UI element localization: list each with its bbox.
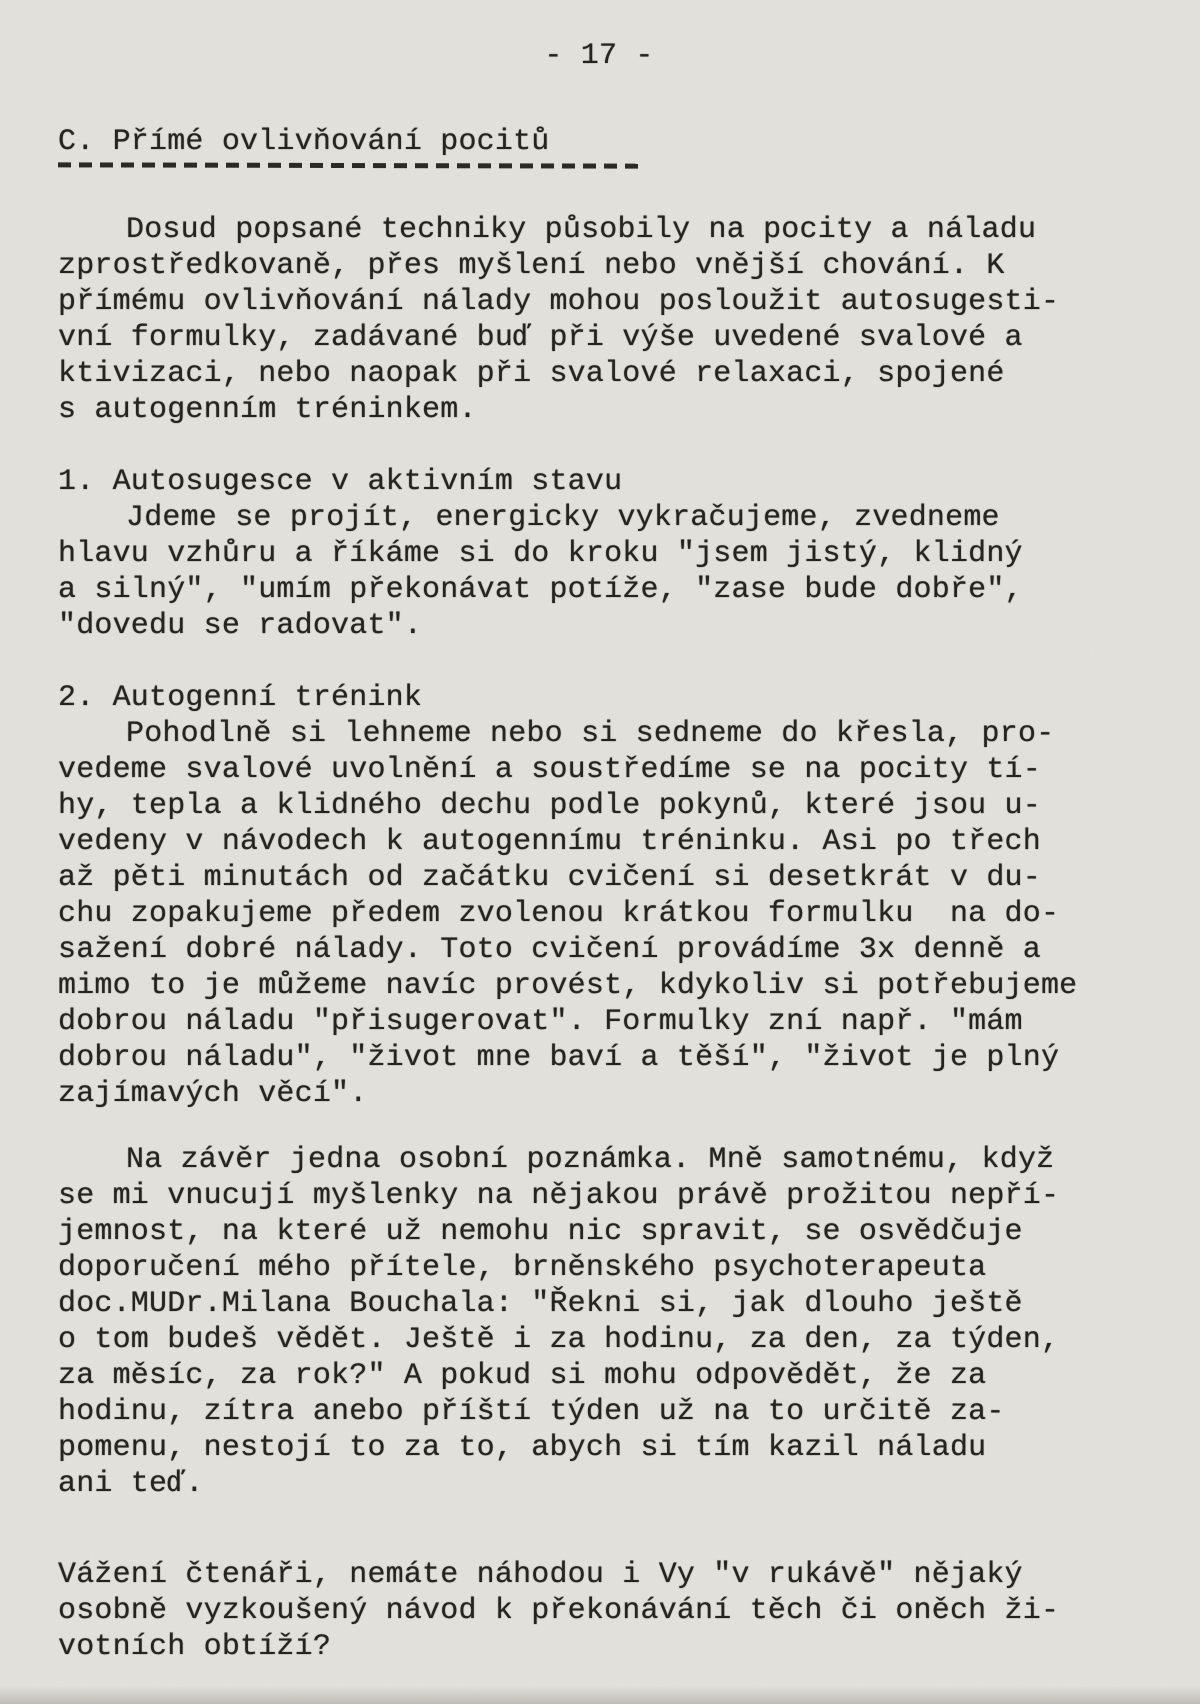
paragraph-section-2: Pohodlně si lehneme nebo si sedneme do k… bbox=[58, 716, 1140, 1112]
text-line: zajímavých věcí". bbox=[58, 1076, 1140, 1112]
typewritten-content: - 17 - C. Přímé ovlivňování pocitů Dosud… bbox=[0, 0, 1200, 1665]
text-line: chu zopakujeme předem zvolenou krátkou f… bbox=[58, 896, 1140, 932]
text-line: hy, tepla a klidného dechu podle pokynů,… bbox=[58, 788, 1140, 824]
text-line: o tom budeš vědět. Ještě i za hodinu, za… bbox=[58, 1322, 1140, 1358]
text-line: Jdeme se projít, energicky vykračujeme, … bbox=[58, 500, 1140, 536]
page-number: - 17 - bbox=[58, 38, 1140, 74]
section-c-heading-text: C. Přímé ovlivňování pocitů bbox=[58, 124, 1140, 160]
text-line: votních obtíží? bbox=[58, 1629, 1140, 1665]
text-line: se mi vnucují myšlenky na nějakou právě … bbox=[58, 1178, 1140, 1214]
text-line: osobně vyzkoušený návod k překonávání tě… bbox=[58, 1593, 1140, 1629]
text-line: sažení dobré nálady. Toto cvičení provád… bbox=[58, 932, 1140, 968]
text-line: "dovedu se radovat". bbox=[58, 608, 1140, 644]
text-line: vedeme svalové uvolnění a soustředíme se… bbox=[58, 752, 1140, 788]
text-line: jemnost, na které už nemohu nic spravit,… bbox=[58, 1214, 1140, 1250]
paragraph-personal-note: Na závěr jedna osobní poznámka. Mně samo… bbox=[58, 1142, 1140, 1502]
text-line: přímému ovlivňování nálady mohou poslouž… bbox=[58, 284, 1140, 320]
text-line: hlavu vzhůru a říkáme si do kroku "jsem … bbox=[58, 536, 1140, 572]
section-1: 1. Autosugesce v aktivním stavu Jdeme se… bbox=[58, 464, 1140, 644]
text-line: doporučení mého přítele, brněnského psyc… bbox=[58, 1250, 1140, 1286]
text-line: dobrou náladu", "život mne baví a těší",… bbox=[58, 1040, 1140, 1076]
text-line: ktivizaci, nebo naopak při svalové relax… bbox=[58, 356, 1140, 392]
document-page: - 17 - C. Přímé ovlivňování pocitů Dosud… bbox=[0, 0, 1200, 1704]
text-line: dobrou náladu "přisugerovat". Formulky z… bbox=[58, 1004, 1140, 1040]
text-line: vní formulky, zadávané buď při výše uved… bbox=[58, 320, 1140, 356]
text-line: a silný", "umím překonávat potíže, "zase… bbox=[58, 572, 1140, 608]
text-line: doc.MUDr.Milana Bouchala: "Řekni si, jak… bbox=[58, 1286, 1140, 1322]
text-line: pomenu, nestojí to za to, abych si tím k… bbox=[58, 1430, 1140, 1466]
section-2: 2. Autogenní trénink Pohodlně si lehneme… bbox=[58, 680, 1140, 1112]
text-line: zprostředkovaně, přes myšlení nebo vnějš… bbox=[58, 248, 1140, 284]
text-line: za měsíc, za rok?" A pokud si mohu odpov… bbox=[58, 1358, 1140, 1394]
text-line: mimo to je můžeme navíc provést, kdykoli… bbox=[58, 968, 1140, 1004]
text-line: Vážení čtenáři, nemáte náhodou i Vy "v r… bbox=[58, 1557, 1140, 1593]
text-line: s autogenním tréninkem. bbox=[58, 392, 1140, 428]
text-line: ani teď. bbox=[58, 1466, 1140, 1502]
text-line: až pěti minutách od začátku cvičení si d… bbox=[58, 860, 1140, 896]
heading-dashed-underline bbox=[58, 162, 643, 168]
paragraph-reader-question: Vážení čtenáři, nemáte náhodou i Vy "v r… bbox=[58, 1557, 1140, 1665]
text-line: Na závěr jedna osobní poznámka. Mně samo… bbox=[58, 1142, 1140, 1178]
paragraph-section-1: Jdeme se projít, energicky vykračujeme, … bbox=[58, 500, 1140, 644]
section-c-heading: C. Přímé ovlivňování pocitů bbox=[58, 124, 1140, 168]
section-1-title: 1. Autosugesce v aktivním stavu bbox=[58, 464, 1140, 500]
scan-edge-shadow bbox=[0, 1686, 1200, 1704]
text-line: Dosud popsané techniky působily na pocit… bbox=[58, 212, 1140, 248]
text-line: hodinu, zítra anebo příští týden už na t… bbox=[58, 1394, 1140, 1430]
section-2-title: 2. Autogenní trénink bbox=[58, 680, 1140, 716]
text-line: Pohodlně si lehneme nebo si sedneme do k… bbox=[58, 716, 1140, 752]
paragraph-intro: Dosud popsané techniky působily na pocit… bbox=[58, 212, 1140, 428]
text-line: vedeny v návodech k autogennímu tréninku… bbox=[58, 824, 1140, 860]
